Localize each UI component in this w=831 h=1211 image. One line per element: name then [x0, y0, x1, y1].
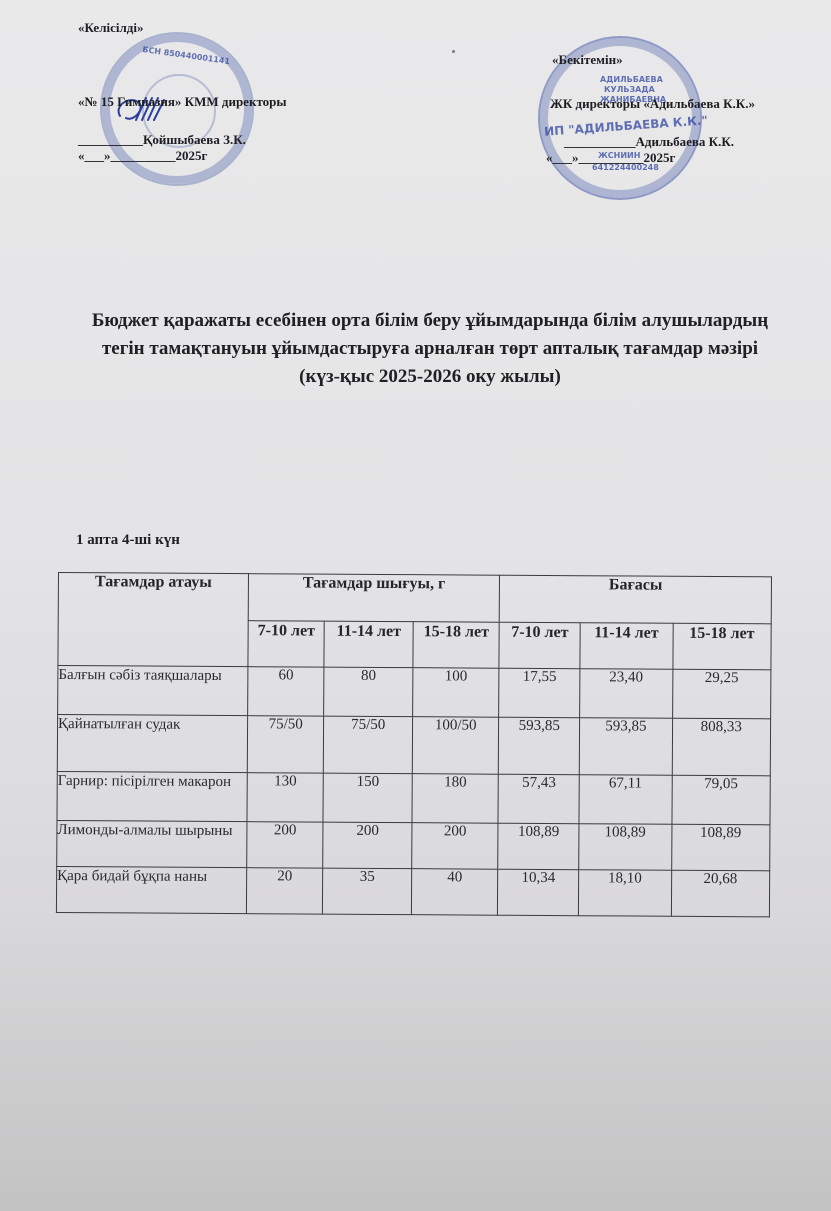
stamp-bin-text: БСН 850440001141 — [141, 42, 231, 70]
yield-cell: 35 — [323, 868, 412, 915]
header-yield-age: 7-10 лет — [248, 620, 325, 667]
header-yield-age: 15-18 лет — [413, 621, 500, 668]
price-cell: 67,11 — [579, 775, 672, 825]
speck — [452, 50, 455, 53]
menu-table: Тағамдар атауы Тағамдар шығуы, г Бағасы … — [56, 572, 772, 917]
yield-cell: 20 — [246, 868, 323, 914]
dish-name-cell: Лимонды-алмалы шырыны — [57, 820, 247, 867]
yield-cell: 75/50 — [247, 716, 324, 773]
header-price-group: Бағасы — [500, 575, 772, 623]
dish-name-cell: Гарнир: пісірілген макарон — [57, 771, 247, 821]
document-title: Бюджет қаражаты есебінен орта білім беру… — [90, 307, 770, 391]
approval-organization: «№ 15 Гимназия» КММ директоры — [78, 94, 287, 110]
dish-name-cell: Қайнатылған судак — [57, 715, 247, 773]
price-cell: 808,33 — [672, 718, 771, 776]
header-price-age: 7-10 лет — [499, 622, 580, 669]
menu-table-body: Балғын сәбіз таяқшалары608010017,5523,40… — [56, 666, 770, 917]
document-page: БСН 850440001141 «Келісілді» «№ 15 Гимна… — [0, 0, 831, 1211]
header-yield-group: Тағамдар шығуы, г — [248, 574, 500, 622]
price-cell: 79,05 — [671, 775, 770, 825]
table-row: Лимонды-алмалы шырыны200200200108,89108,… — [57, 820, 770, 870]
approval-signatory: __________Қойшыбаева З.К. — [78, 132, 246, 148]
approval-heading: «Келісілді» — [78, 20, 143, 36]
price-cell: 57,43 — [498, 774, 579, 823]
table-row: Гарнир: пісірілген макарон13015018057,43… — [57, 771, 770, 824]
yield-cell: 200 — [412, 823, 499, 870]
table-row: Қайнатылған судак75/5075/50100/50593,855… — [57, 715, 770, 776]
yield-cell: 60 — [248, 667, 325, 716]
price-cell: 17,55 — [499, 668, 580, 717]
price-cell: 23,40 — [580, 669, 673, 719]
approval-block-approved: АДИЛЬБАЕВА КУЛЬЗАДА ЖАНИБАЕВНА ИП "АДИЛЬ… — [530, 20, 830, 210]
header-dish-name: Тағамдар атауы — [58, 573, 248, 667]
yield-cell: 80 — [324, 667, 413, 717]
yield-cell: 100/50 — [412, 717, 499, 775]
yield-cell: 180 — [412, 774, 499, 824]
table-row: Қара бидай бұқпа наны20354010,3418,1020,… — [56, 866, 769, 916]
price-cell: 108,89 — [498, 823, 579, 869]
approval-block-agreed: БСН 850440001141 «Келісілді» «№ 15 Гимна… — [78, 20, 378, 190]
header-price-age: 15-18 лет — [672, 623, 771, 670]
price-cell: 18,10 — [578, 870, 671, 917]
approval-organization: ЖК директоры «Адильбаева К.К.» — [550, 96, 755, 112]
price-cell: 20,68 — [671, 870, 770, 917]
approval-signatory: ___________Адильбаева К.К. — [564, 134, 734, 150]
price-cell: 593,85 — [499, 717, 580, 774]
yield-cell: 75/50 — [324, 716, 413, 774]
price-cell: 108,89 — [579, 824, 672, 871]
yield-cell: 130 — [247, 773, 324, 822]
price-cell: 593,85 — [579, 718, 672, 776]
table-row: Балғын сәбіз таяқшалары608010017,5523,40… — [58, 666, 771, 719]
approval-heading: «Бекітемін» — [552, 52, 623, 68]
yield-cell: 200 — [323, 822, 412, 869]
dish-name-cell: Балғын сәбіз таяқшалары — [58, 666, 248, 716]
header-yield-age: 11-14 лет — [324, 621, 413, 668]
price-cell: 108,89 — [671, 824, 770, 871]
price-cell: 29,25 — [672, 669, 771, 719]
yield-cell: 200 — [247, 822, 324, 868]
yield-cell: 100 — [413, 668, 500, 718]
day-label: 1 апта 4-ші күн — [76, 532, 180, 549]
yield-cell: 40 — [411, 869, 498, 916]
header-price-age: 11-14 лет — [580, 622, 673, 669]
yield-cell: 150 — [323, 773, 412, 823]
price-cell: 10,34 — [498, 869, 579, 915]
approval-date: «___»__________2025г — [78, 148, 207, 164]
approval-date: «___»__________2025г — [546, 150, 675, 166]
dish-name-cell: Қара бидай бұқпа наны — [56, 866, 246, 913]
